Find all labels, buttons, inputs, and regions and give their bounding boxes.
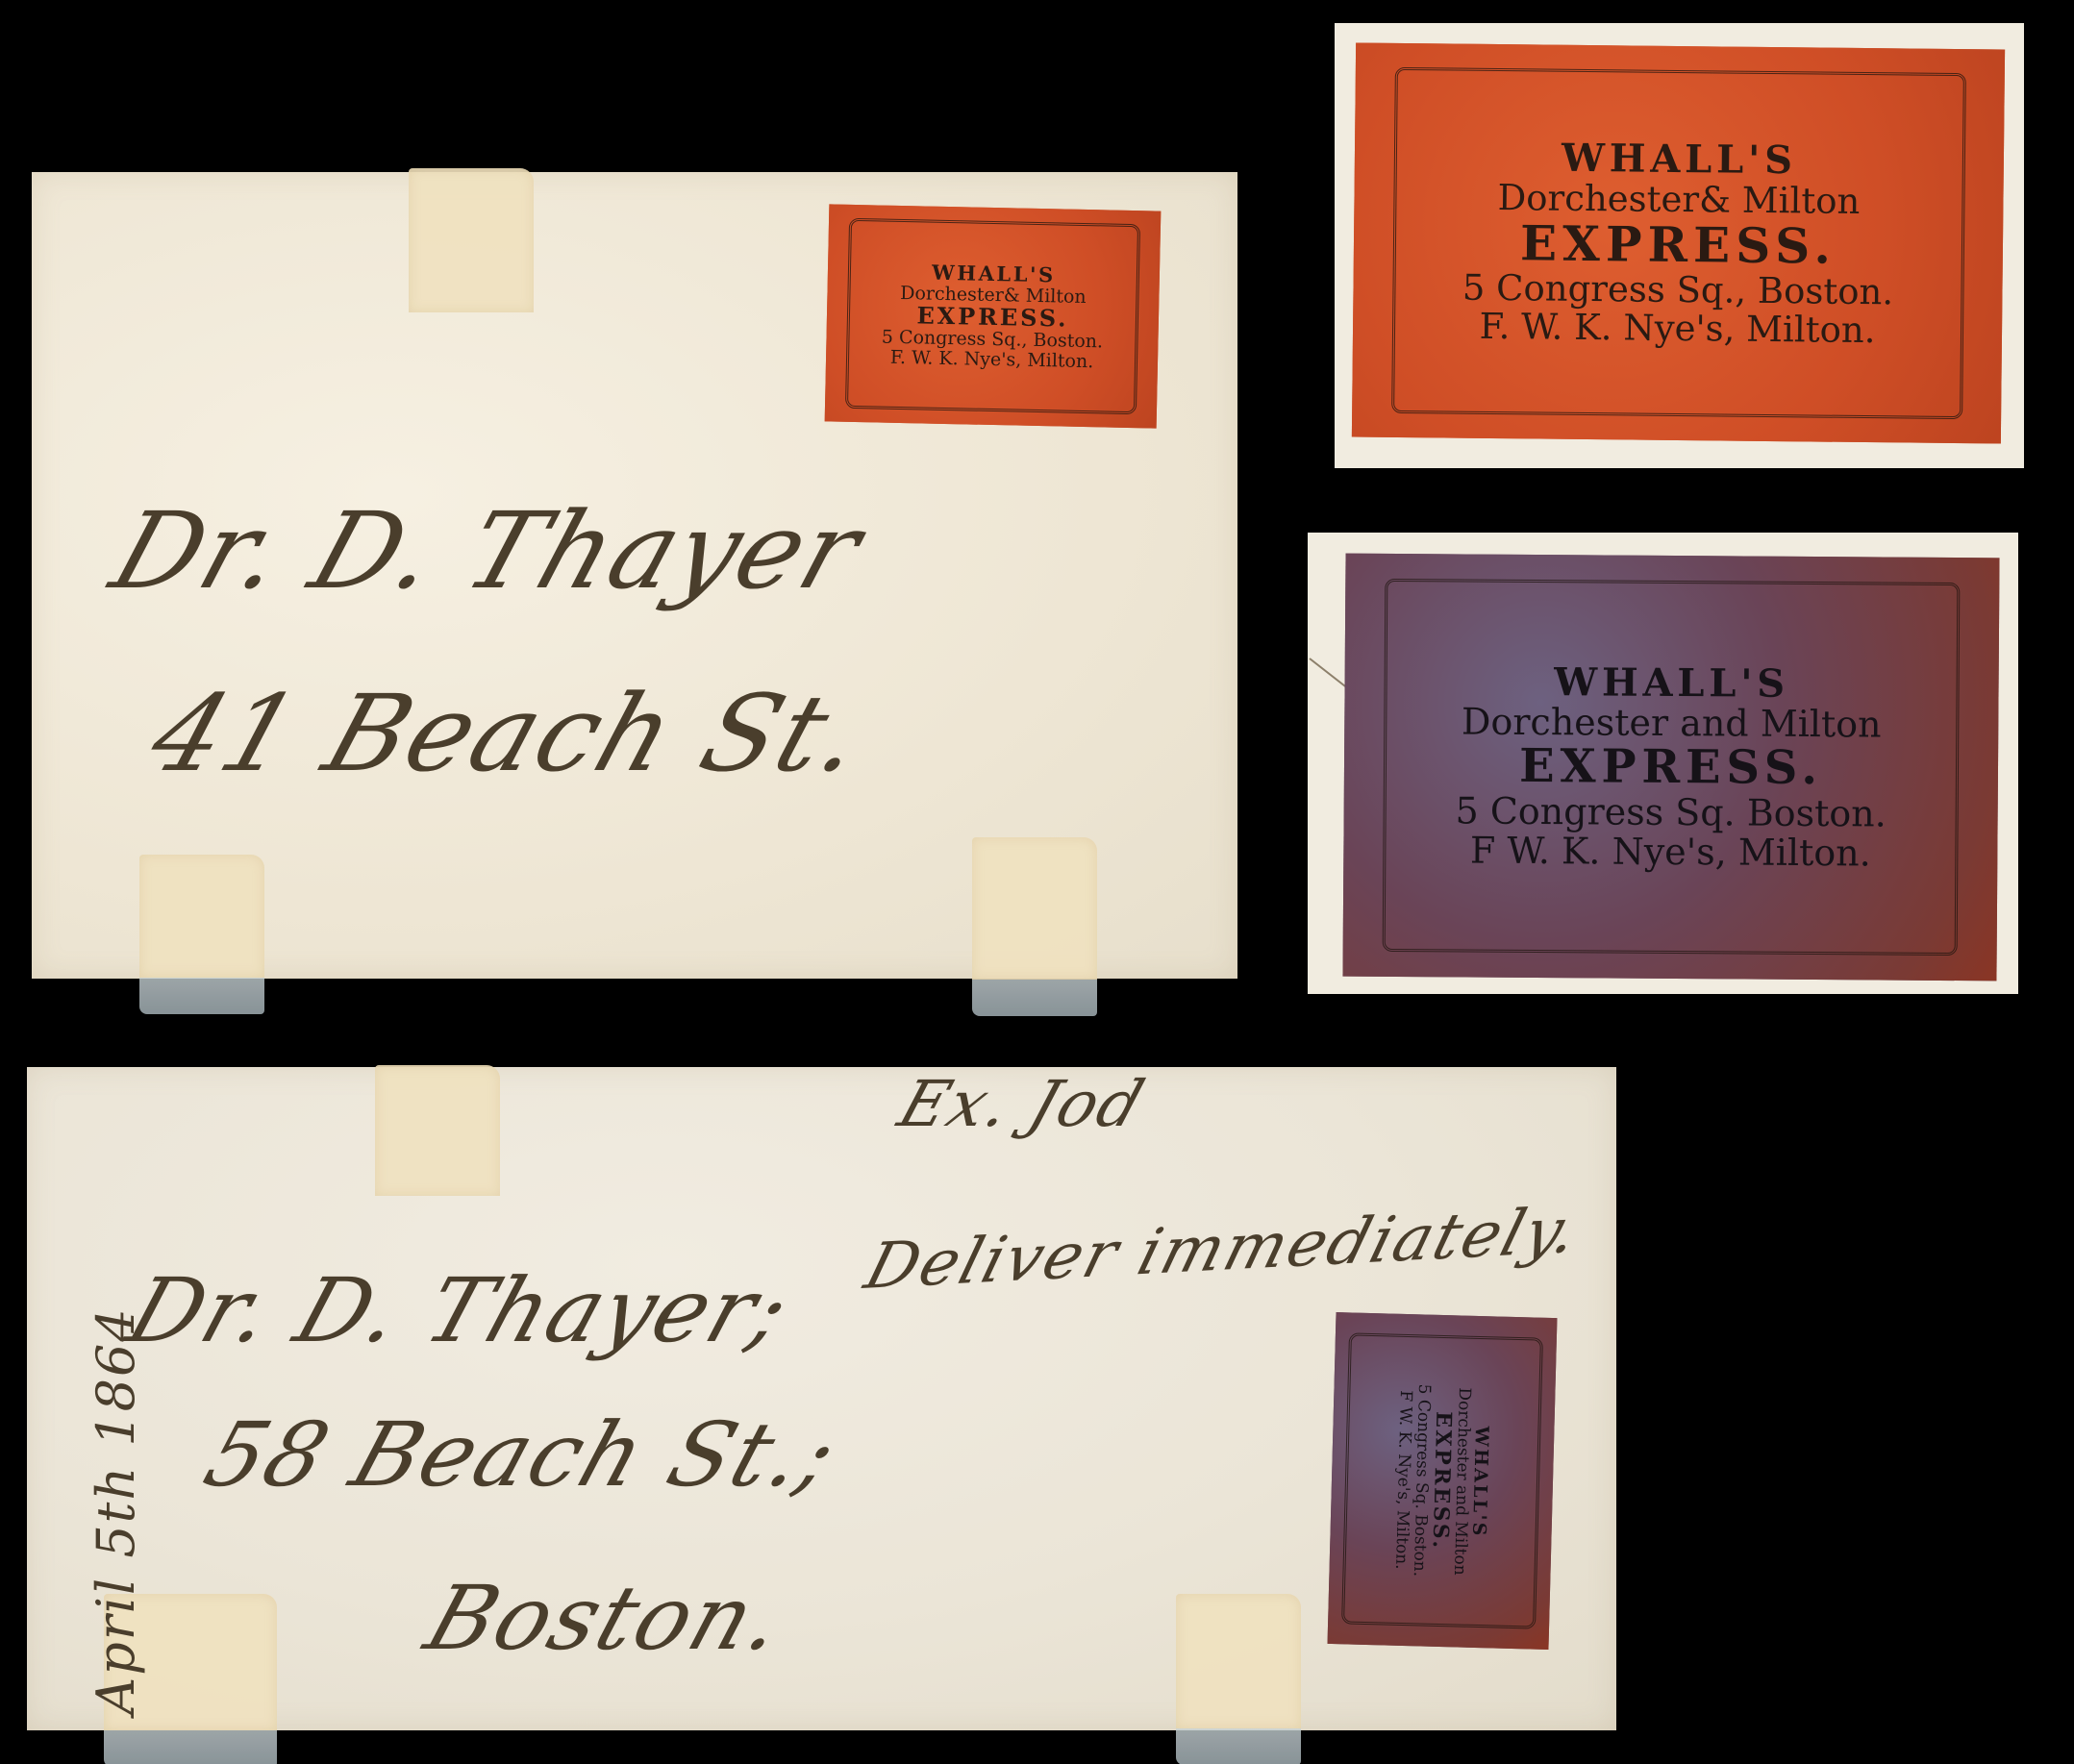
cover-1-address-line-2: 41 Beach St.	[137, 672, 881, 795]
enlarged-orange-label: WHALL'S Dorchester& Milton EXPRESS. 5 Co…	[1352, 42, 2005, 443]
label-line-milton-address: F. W. K. Nye's, Milton.	[1479, 307, 1875, 349]
label-line-milton-address: F W. K. Nye's, Milton.	[1470, 832, 1871, 874]
mounting-hinge	[139, 855, 264, 978]
cover-2-side-date: April 5th 1864	[86, 1306, 146, 1715]
cover-1-address-line-1: Dr. D. Thayer	[98, 489, 877, 612]
mounting-hinge	[375, 1065, 500, 1196]
label-line-milton-address: F. W. K. Nye's, Milton.	[890, 347, 1094, 371]
label-line-express: EXPRESS.	[1519, 742, 1823, 794]
label-line-express: EXPRESS.	[1520, 217, 1837, 272]
mounting-hinge	[1176, 1594, 1301, 1728]
label-line-boston-address: 5 Congress Sq. Boston.	[1455, 791, 1887, 833]
label-line-boston-address: 5 Congress Sq., Boston.	[1462, 268, 1894, 311]
label-line-route: Dorchester and Milton	[1462, 703, 1882, 745]
enlarged-violet-label: WHALL'S Dorchester and Milton EXPRESS. 5…	[1342, 554, 1999, 981]
cover-2-address-line-3: Boston.	[414, 1567, 799, 1670]
cover-2-express-label: WHALL'S Dorchester and Milton EXPRESS. 5…	[1328, 1312, 1558, 1650]
mounting-hinge	[409, 168, 534, 312]
cover-2-docket: Ex. Jod	[889, 1067, 1154, 1141]
label-line-milton-address: F W. K. Nye's, Milton.	[1392, 1390, 1414, 1570]
cover-2-address-line-2: 58 Beach St.;	[193, 1404, 851, 1506]
cover-2-address-line-1: Dr. D. Thayer;	[116, 1259, 804, 1362]
label-line-name: WHALL'S	[1554, 661, 1789, 705]
cover-2-instruction: Deliver immediately.	[858, 1193, 1588, 1304]
mounting-hinge	[972, 837, 1097, 980]
cover-1-express-label: WHALL'S Dorchester& Milton EXPRESS. 5 Co…	[825, 204, 1162, 428]
label-line-name: WHALL'S	[1562, 137, 1797, 182]
